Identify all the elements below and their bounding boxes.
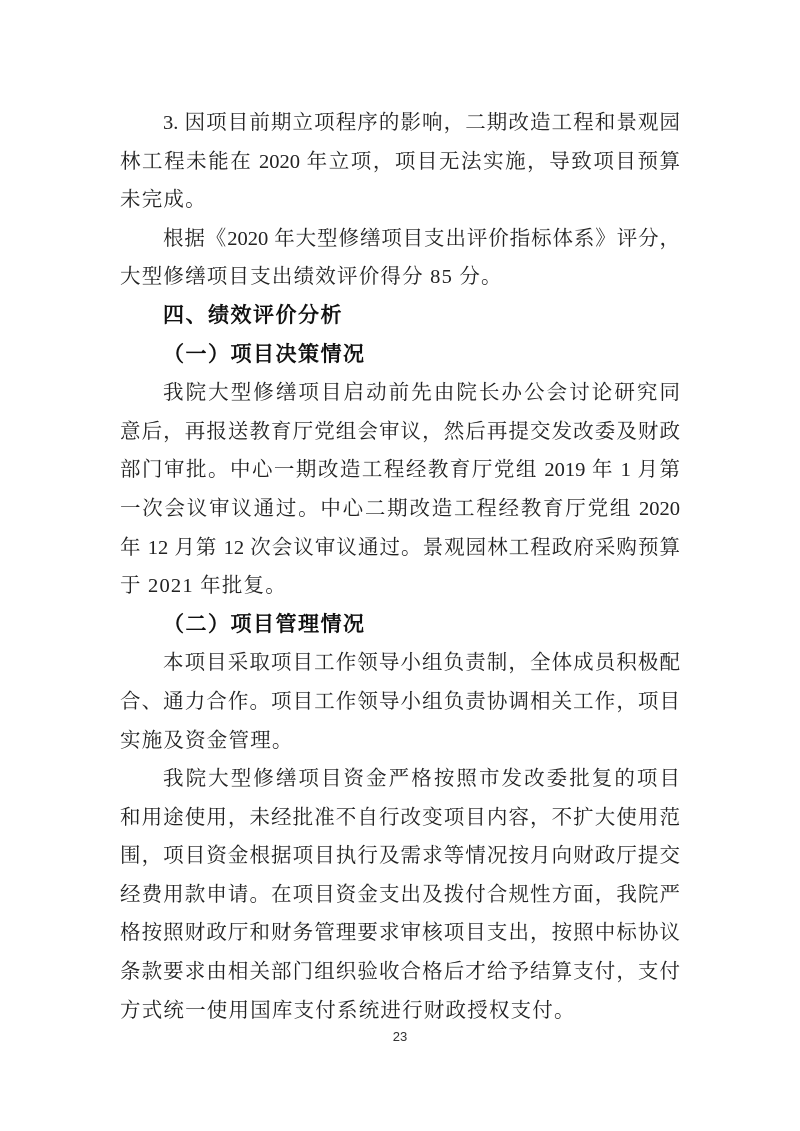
text-line: 方式统一使用国库支付系统进行财政授权支付。	[120, 992, 680, 1031]
text-line: 和用途使用，未经批准不自行改变项目内容，不扩大使用范	[120, 799, 680, 838]
text-line: 我院大型修缮项目启动前先由院长办公会讨论研究同	[120, 374, 680, 413]
text-line: 大型修缮项目支出绩效评价得分 85 分。	[120, 258, 680, 297]
text-line: 于 2021 年批复。	[120, 567, 680, 606]
text-line: 林工程未能在 2020 年立项，项目无法实施，导致项目预算	[120, 143, 680, 182]
text-line: 意后，再报送教育厅党组会审议，然后再提交发改委及财政	[120, 413, 680, 452]
document-body: 3. 因项目前期立项程序的影响，二期改造工程和景观园林工程未能在 2020 年立…	[120, 104, 680, 1030]
page-number: 23	[0, 1029, 800, 1045]
section-heading: （一）项目决策情况	[120, 336, 680, 375]
text-line: 未完成。	[120, 181, 680, 220]
text-line: 年 12 月第 12 次会议审议通过。景观园林工程政府采购预算	[120, 529, 680, 568]
text-line: 部门审批。中心一期改造工程经教育厅党组 2019 年 1 月第	[120, 451, 680, 490]
text-line: 一次会议审议通过。中心二期改造工程经教育厅党组 2020	[120, 490, 680, 529]
text-line: 围，项目资金根据项目执行及需求等情况按月向财政厅提交	[120, 837, 680, 876]
text-line: 实施及资金管理。	[120, 722, 680, 761]
text-line: 我院大型修缮项目资金严格按照市发改委批复的项目	[120, 760, 680, 799]
document-page: 3. 因项目前期立项程序的影响，二期改造工程和景观园林工程未能在 2020 年立…	[0, 0, 800, 1131]
text-line: 合、通力合作。项目工作领导小组负责协调相关工作，项目	[120, 683, 680, 722]
text-line: 格按照财政厅和财务管理要求审核项目支出，按照中标协议	[120, 914, 680, 953]
text-line: 经费用款申请。在项目资金支出及拨付合规性方面，我院严	[120, 876, 680, 915]
section-heading: （二）项目管理情况	[120, 606, 680, 645]
text-line: 根据《2020 年大型修缮项目支出评价指标体系》评分，	[120, 220, 680, 259]
text-line: 条款要求由相关部门组织验收合格后才给予结算支付，支付	[120, 953, 680, 992]
text-line: 3. 因项目前期立项程序的影响，二期改造工程和景观园	[120, 104, 680, 143]
section-heading: 四、绩效评价分析	[120, 297, 680, 336]
text-line: 本项目采取项目工作领导小组负责制，全体成员积极配	[120, 644, 680, 683]
